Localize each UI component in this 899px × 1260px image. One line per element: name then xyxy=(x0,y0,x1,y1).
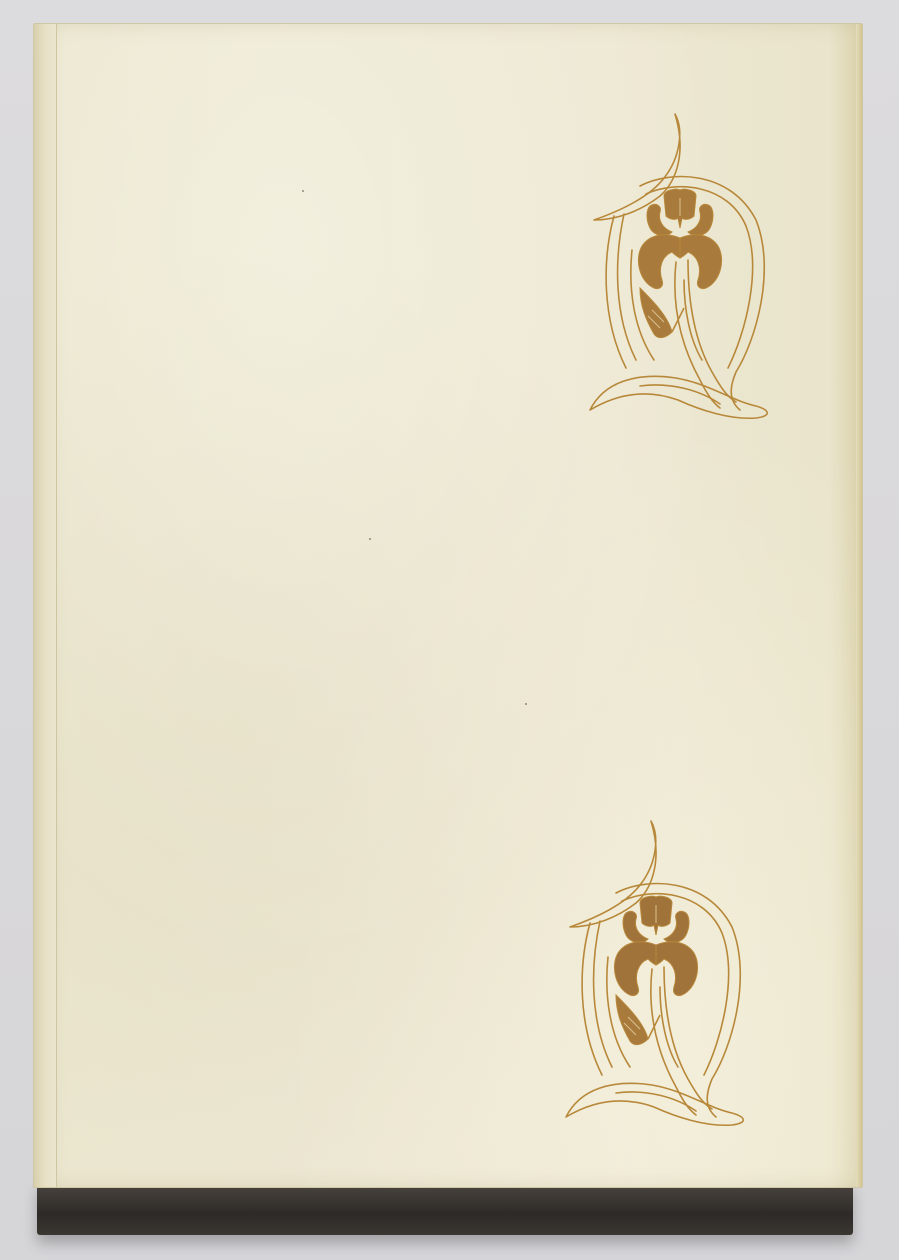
surface-speck xyxy=(302,190,304,192)
surface-speck xyxy=(525,703,527,705)
cover-fore-edge xyxy=(856,24,862,1187)
book-bottom-edge-shadow xyxy=(37,1183,853,1235)
vellum-cover xyxy=(33,23,863,1188)
book-spine-fold xyxy=(34,24,57,1187)
book xyxy=(33,23,863,1235)
iris-ornament-top-icon xyxy=(580,110,780,420)
iris-ornament-bottom-icon xyxy=(556,817,756,1127)
surface-speck xyxy=(369,538,371,540)
